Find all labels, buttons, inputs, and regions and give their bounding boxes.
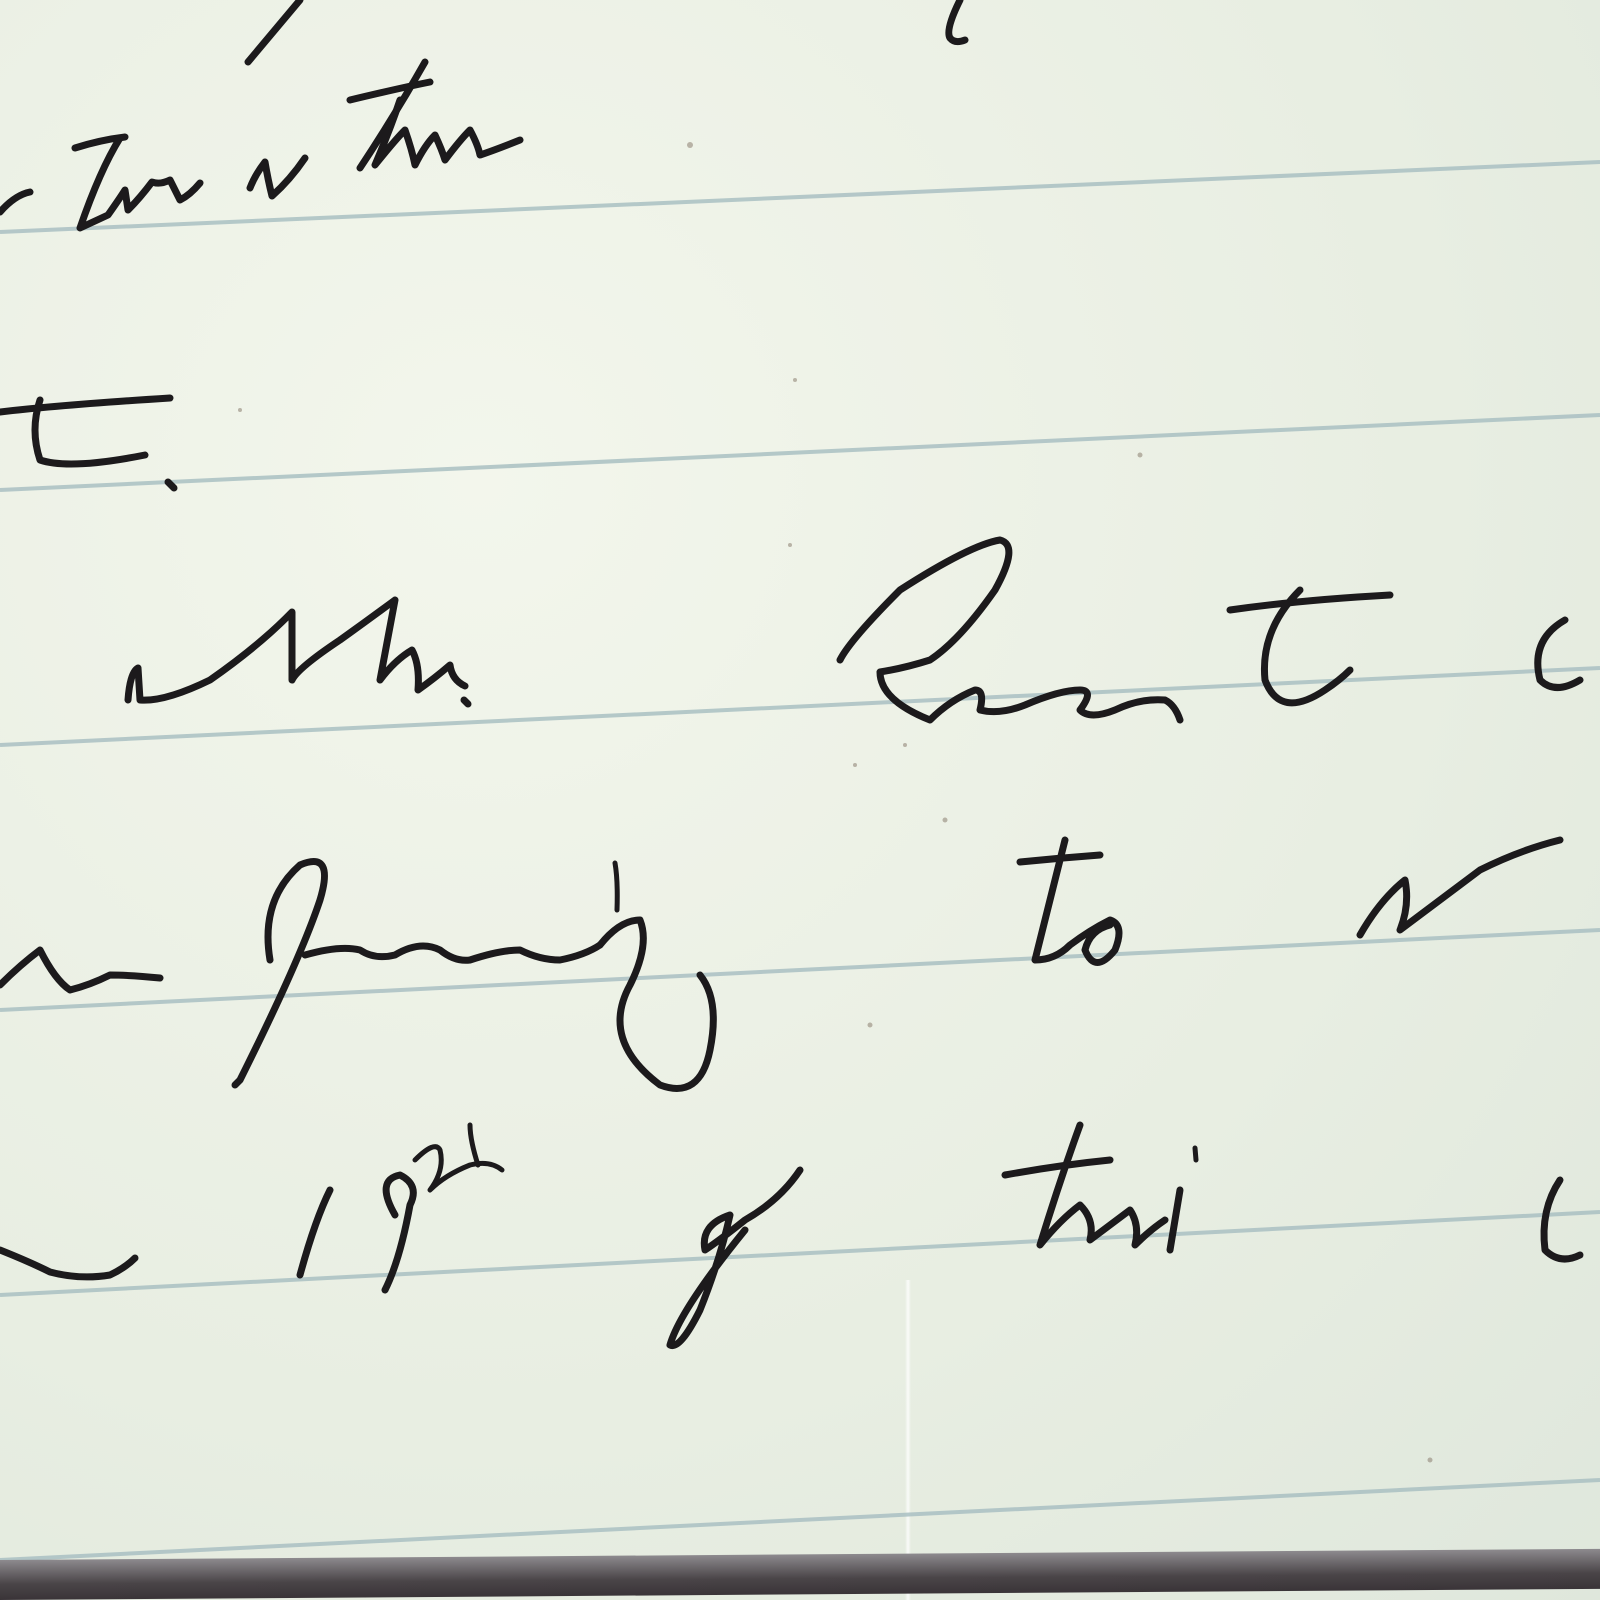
handwriting-top-fragments bbox=[248, 0, 965, 62]
handwriting-canvas bbox=[0, 0, 1600, 1600]
handwriting-line-1 bbox=[0, 62, 520, 228]
paper-specks bbox=[238, 142, 1433, 1463]
handwriting-line-3 bbox=[128, 540, 1580, 720]
ruled-lines bbox=[0, 162, 1600, 1560]
handwriting-line-2 bbox=[0, 398, 174, 488]
handwriting-line-4 bbox=[0, 840, 1560, 1088]
handwriting-line-5 bbox=[0, 1125, 1580, 1346]
